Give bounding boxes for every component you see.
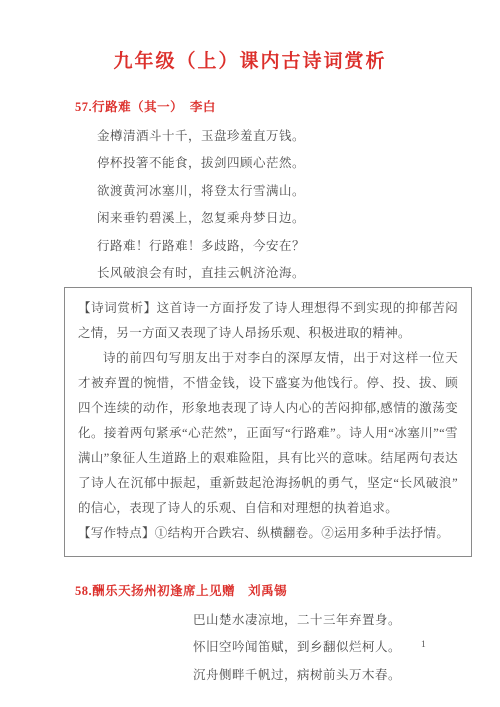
poem-line: 闲来垂钓碧溪上，忽复乘舟梦日边。 (97, 212, 500, 225)
section-58-poem: 巴山楚水凄凉地，二十三年弃置身。 怀旧空吟闻笛赋，到乡翻似烂柯人。 沉舟侧畔千帆… (193, 614, 500, 682)
document-page: 九年级（上）课内古诗词赏析 57.行路难（其一） 李白 金樽清酒斗十千，玉盘珍羞… (0, 0, 500, 707)
page-number: 1 (421, 640, 426, 650)
page-title: 九年级（上）课内古诗词赏析 (0, 0, 500, 73)
section-57-heading: 57.行路难（其一） 李白 (75, 97, 500, 115)
section-58-heading: 58.酬乐天扬州初逢席上见赠 刘禹锡 (75, 581, 500, 599)
section-57-poem: 金樽清酒斗十千，玉盘珍羞直万钱。 停杯投箸不能食，拔剑四顾心茫然。 欲渡黄河冰塞… (97, 130, 500, 281)
poem-line: 长风破浪会有时，直挂云帆济沧海。 (97, 267, 500, 280)
poem-line: 沉舟侧畔千帆过，病树前头万木春。 (193, 669, 500, 682)
poem-line: 巴山楚水凄凉地，二十三年弃置身。 (193, 614, 500, 627)
poem-line: 行路难！行路难！多歧路，今安在？ (97, 240, 500, 253)
analysis-writing-features: 【写作特点】①结构开合跌宕、纵横翻卷。②运用多种手法抒情。 (78, 521, 458, 546)
poem-line: 怀旧空吟闻笛赋，到乡翻似烂柯人。 (193, 641, 500, 654)
poem-line: 金樽清酒斗十千，玉盘珍羞直万钱。 (97, 130, 500, 143)
analysis-detail: 诗的前四句写朋友出于对李白的深厚友情，出于对这样一位天才被弃置的惋惜，不惜金钱，… (78, 346, 458, 521)
analysis-box: 【诗词赏析】这首诗一方面抒发了诗人理想得不到实现的抑郁苦闷之情，另一方面又表现了… (64, 287, 472, 557)
analysis-appreciation: 【诗词赏析】这首诗一方面抒发了诗人理想得不到实现的抑郁苦闷之情，另一方面又表现了… (78, 296, 458, 346)
poem-line: 欲渡黄河冰塞川，将登太行雪满山。 (97, 185, 500, 198)
poem-line: 停杯投箸不能食，拔剑四顾心茫然。 (97, 157, 500, 170)
